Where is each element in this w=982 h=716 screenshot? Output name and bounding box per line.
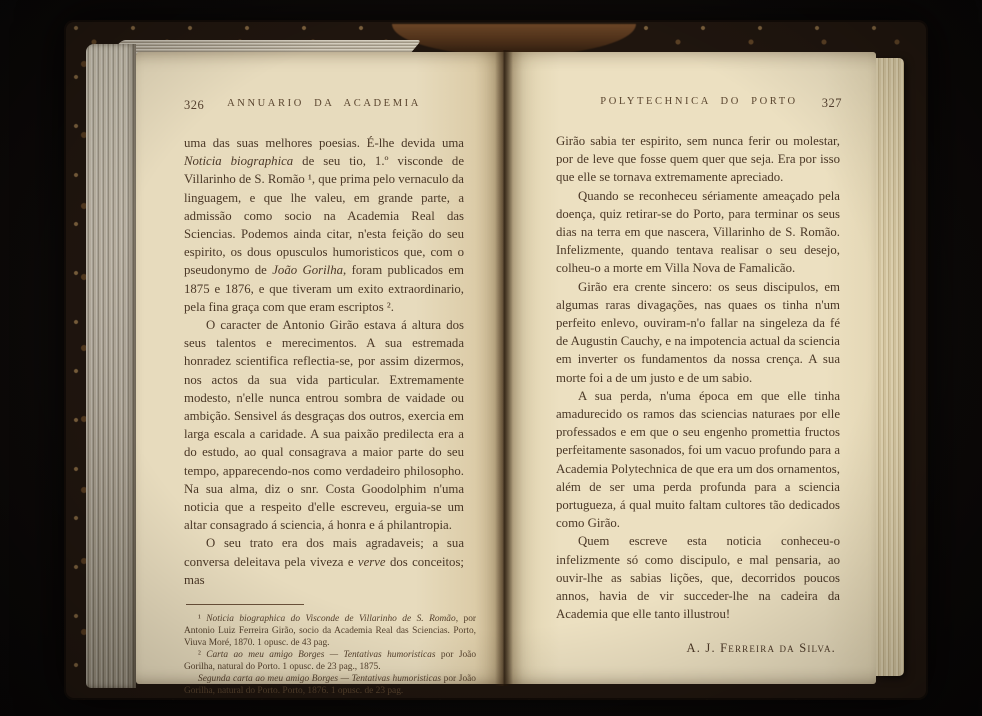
photo-background: 326 ANNUARIO DA ACADEMIA uma das suas me… bbox=[0, 0, 982, 716]
footnote: Segunda carta ao meu amigo Borges — Tent… bbox=[184, 673, 476, 697]
left-running-title: ANNUARIO DA ACADEMIA bbox=[184, 98, 464, 109]
left-page-footnotes: ¹ Noticia biographica do Visconde de Vil… bbox=[184, 613, 476, 697]
right-page-number: 327 bbox=[822, 96, 842, 111]
footnote: ² Carta ao meu amigo Borges — Tentativas… bbox=[184, 649, 476, 673]
page-stack-fore-edge bbox=[86, 44, 136, 688]
left-page-number: 326 bbox=[184, 98, 204, 113]
body-paragraph: Quando se reconheceu sériamente ameaçado… bbox=[556, 187, 840, 278]
footnote: ¹ Noticia biographica do Visconde de Vil… bbox=[184, 613, 476, 649]
body-paragraph: Quem escreve esta noticia conheceu-o inf… bbox=[556, 532, 840, 623]
body-paragraph: A sua perda, n'uma época em que elle tin… bbox=[556, 387, 840, 533]
right-page: 327 POLYTECHNICA DO PORTO Girão sabia te… bbox=[504, 52, 876, 684]
body-paragraph: O seu trato era dos mais agradaveis; a s… bbox=[184, 534, 464, 589]
body-paragraph: Girão sabia ter espirito, sem nunca feri… bbox=[556, 132, 840, 187]
body-paragraph: uma das suas melhores poesias. É-lhe dev… bbox=[184, 134, 464, 316]
right-running-title: POLYTECHNICA DO PORTO bbox=[556, 96, 842, 107]
right-running-head: 327 POLYTECHNICA DO PORTO bbox=[556, 96, 842, 116]
author-signature: A. J. Ferreira da Silva. bbox=[556, 641, 842, 656]
left-page-body: uma das suas melhores poesias. É-lhe dev… bbox=[184, 134, 464, 589]
body-paragraph: Girão era crente sincero: os seus discip… bbox=[556, 278, 840, 387]
left-page: 326 ANNUARIO DA ACADEMIA uma das suas me… bbox=[136, 52, 504, 684]
right-page-edges bbox=[876, 58, 904, 676]
left-running-head: 326 ANNUARIO DA ACADEMIA bbox=[184, 98, 464, 118]
footnote-rule bbox=[186, 604, 304, 605]
body-paragraph: O caracter de Antonio Girão estava á alt… bbox=[184, 316, 464, 534]
right-page-body: Girão sabia ter espirito, sem nunca feri… bbox=[556, 132, 840, 623]
